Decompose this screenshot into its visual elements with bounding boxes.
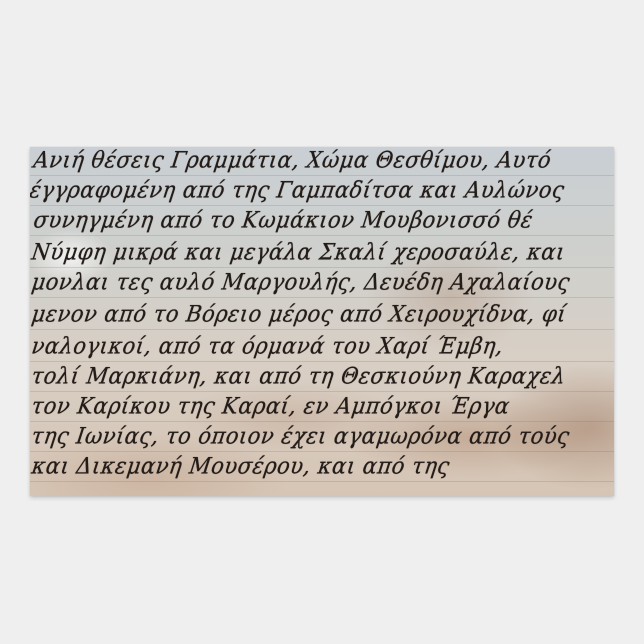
manuscript-line: Ανιή θέσεις Γραμμάτια, Χώμα Θεσθίμου, Αυ…: [32, 147, 553, 173]
manuscript-line: μενον από το Βόρειο μέρος από Χειρουχίδν…: [30, 301, 568, 327]
manuscript-line: μονλαι τες αυλό Μαργουλής, Δευέδη Αχαλαί…: [30, 269, 572, 295]
manuscript-line: συνηγμένη από το Κωμάκιον Μουβονισσό θέ: [32, 207, 535, 233]
ruled-line: [30, 451, 614, 452]
ruled-line: [30, 361, 614, 362]
manuscript-line: Νύμφη μικρά και μεγάλα Σκαλί χεροσαύλε, …: [30, 239, 567, 265]
ruled-line: [30, 175, 614, 176]
manuscript-line: τολί Μαρκιάνη, και από τη Θεσκιούνη Καρα…: [30, 363, 568, 389]
manuscript-line: έγγραφομένη από της Γαμπαδίτσα και Αυλών…: [30, 177, 566, 203]
ruled-line: [30, 421, 614, 422]
ruled-line: [30, 329, 614, 330]
ruled-line: [30, 391, 614, 392]
manuscript-line: ναλογικοί, από τα όρμανά του Χαρί Έμβη,: [30, 333, 505, 359]
ruled-line: [30, 205, 614, 206]
ruled-line: [30, 297, 614, 298]
ruled-line: [30, 481, 614, 482]
manuscript-line: τον Καρίκου της Καραί, εν Αμπόγκοι Έργα: [30, 393, 512, 419]
manuscript-line: και Δικεμανή Μουσέρου, και από της: [30, 453, 452, 479]
manuscript-sticker: Ανιή θέσεις Γραμμάτια, Χώμα Θεσθίμου, Αυ…: [30, 147, 614, 496]
ruled-line: [30, 235, 614, 236]
ruled-line: [30, 267, 614, 268]
manuscript-line: της Ιωνίας, το όποιον έχει αγαμωρόνα από…: [30, 423, 571, 449]
